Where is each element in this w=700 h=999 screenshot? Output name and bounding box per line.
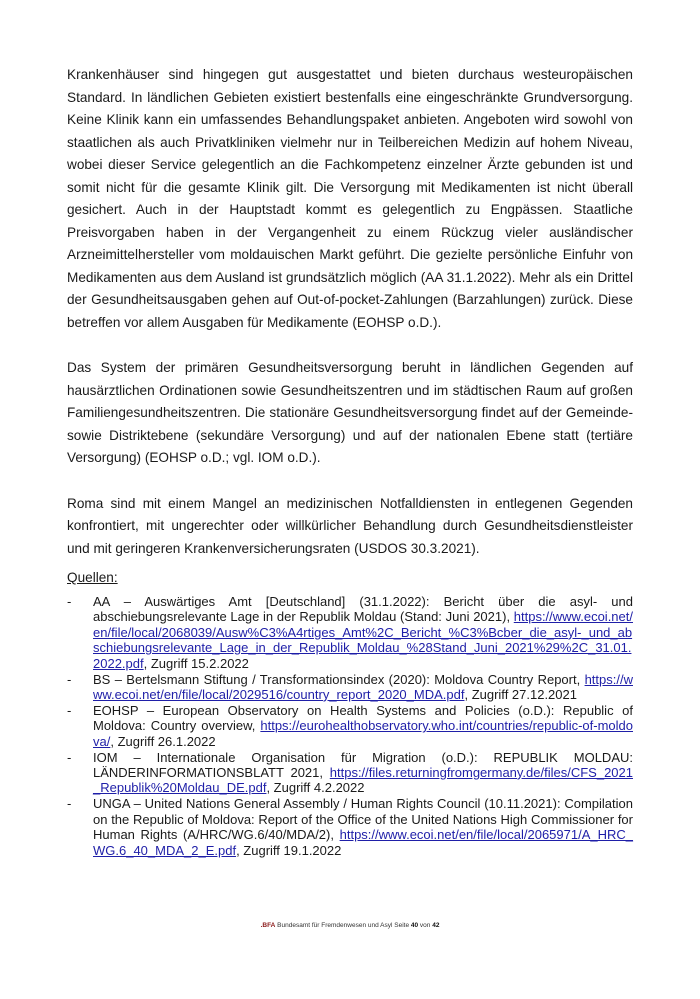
source-item-eohsp: - EOHSP – European Observatory on Health…: [67, 703, 633, 749]
paragraph-hospitals: Krankenhäuser sind hingegen gut ausgesta…: [67, 64, 633, 334]
bullet-dash: -: [67, 594, 71, 609]
footer-of: von: [418, 922, 432, 929]
source-item-bs: - BS – Bertelsmann Stiftung / Transforma…: [67, 672, 633, 703]
source-access-date: , Zugriff 15.2.2022: [144, 656, 249, 671]
source-access-date: , Zugriff 4.2.2022: [266, 780, 364, 795]
bullet-dash: -: [67, 703, 71, 718]
page-footer: .BFA Bundesamt für Fremdenwesen und Asyl…: [0, 922, 700, 929]
sources-list: - AA – Auswärtiges Amt [Deutschland] (31…: [67, 594, 633, 858]
document-body: Krankenhäuser sind hingegen gut ausgesta…: [67, 64, 633, 560]
source-access-date: , Zugriff 26.1.2022: [110, 734, 215, 749]
source-text: BS – Bertelsmann Stiftung / Transformati…: [93, 672, 585, 687]
source-access-date: , Zugriff 19.1.2022: [236, 843, 341, 858]
paragraph-roma: Roma sind mit einem Mangel an medizinisc…: [67, 493, 633, 561]
page-total: 42: [432, 922, 439, 929]
bullet-dash: -: [67, 796, 71, 811]
bfa-logo-text: .BFA: [261, 922, 276, 929]
source-item-aa: - AA – Auswärtiges Amt [Deutschland] (31…: [67, 594, 633, 671]
source-item-unga: - UNGA – United Nations General Assembly…: [67, 796, 633, 858]
source-access-date: , Zugriff 27.12.2021: [464, 687, 577, 702]
footer-org: Bundesamt für Fremdenwesen und Asyl Seit…: [275, 922, 411, 929]
source-item-iom: - IOM – Internationale Organisation für …: [67, 750, 633, 796]
sources-heading: Quellen:: [67, 570, 118, 585]
bullet-dash: -: [67, 750, 71, 765]
paragraph-primary-care: Das System der primären Gesundheitsverso…: [67, 357, 633, 470]
bullet-dash: -: [67, 672, 71, 687]
